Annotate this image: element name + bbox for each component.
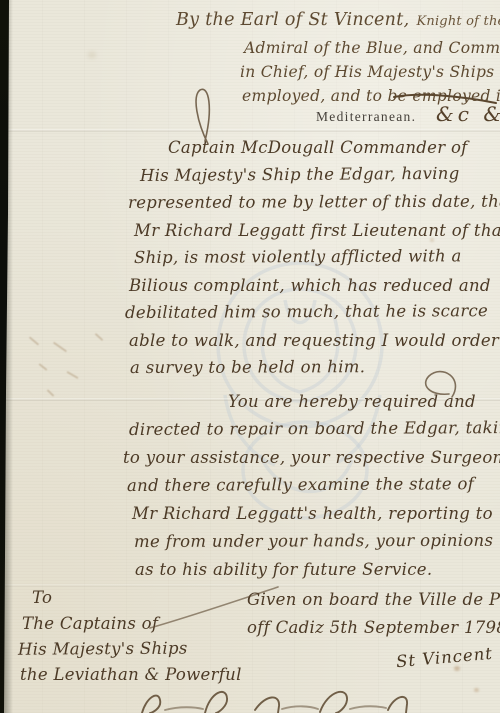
body-paragraph-1: Captain McDougall Commander of His Majes…	[0, 134, 500, 382]
letter-line: Mr Richard Leggatt first Lieutenant of t…	[134, 217, 500, 245]
address-to: To	[32, 585, 242, 611]
letter-line: directed to repair on board the Edgar, t…	[129, 414, 500, 444]
letter-line: You are hereby required and	[228, 388, 500, 416]
heading-line-command: in Chief, of His Majesty's Ships & Vesse…	[240, 63, 500, 81]
heading-line-issuer: By the Earl of St Vincent,Knight of the …	[176, 10, 500, 30]
heading-issuer-text: By the Earl of St Vincent,	[176, 10, 409, 30]
letter-page-paper: By the Earl of St Vincent,Knight of the …	[0, 0, 500, 713]
letter-line: His Majesty's Ship the Edgar, having	[140, 159, 500, 189]
letter-line: and there carefully examine the state of	[127, 470, 500, 500]
heading-line-rank: Admiral of the Blue, and Commander	[244, 39, 500, 57]
address-block: To The Captains of His Majesty's Ships t…	[18, 585, 242, 687]
letter-line: Ship, is most violently afflicted with a	[134, 242, 500, 272]
address-line: His Majesty's Ships	[18, 635, 242, 662]
foxing-spot	[474, 688, 479, 692]
dateline-date: off Cadiz 5th September 1798	[247, 614, 500, 642]
dateline-place: Given on board the Ville de Paris	[247, 586, 500, 614]
letter-line: a survey to be held on him.	[130, 353, 500, 382]
letter-line: debilitated him so much, that he is scar…	[125, 297, 500, 327]
foxing-spot	[454, 666, 460, 671]
heading-issuer-title: Knight of the Bath,	[416, 14, 500, 29]
etcetera-marks: &c &c &c	[436, 102, 500, 126]
letter-line: represented to me by letter of this date…	[128, 188, 500, 217]
signature: St Vincent	[395, 644, 493, 671]
letter-line: Captain McDougall Commander of	[168, 134, 500, 162]
letter-line: Mr Richard Leggatt's health, reporting t…	[132, 500, 500, 528]
letter-line: able to walk, and requesting I would ord…	[129, 327, 500, 355]
letter-line: as to his ability for future Service.	[135, 556, 500, 584]
letter-line: me from under your hands, your opinions	[134, 527, 500, 556]
body-paragraph-2: You are hereby required and directed to …	[0, 388, 500, 584]
cutoff-handwriting-strokes	[142, 692, 407, 713]
dateline-block: Given on board the Ville de Paris off Ca…	[247, 586, 500, 641]
fold-crease	[0, 129, 500, 132]
address-line: The Captains of	[22, 611, 242, 637]
letter-line: to your assistance, your respective Surg…	[123, 444, 500, 472]
foxing-spot	[88, 52, 96, 58]
printed-station-word: Mediterranean.	[316, 109, 416, 125]
letter-line: Bilious complaint, which has reduced and	[129, 272, 500, 300]
address-line: the Leviathan & Powerful	[20, 662, 242, 688]
